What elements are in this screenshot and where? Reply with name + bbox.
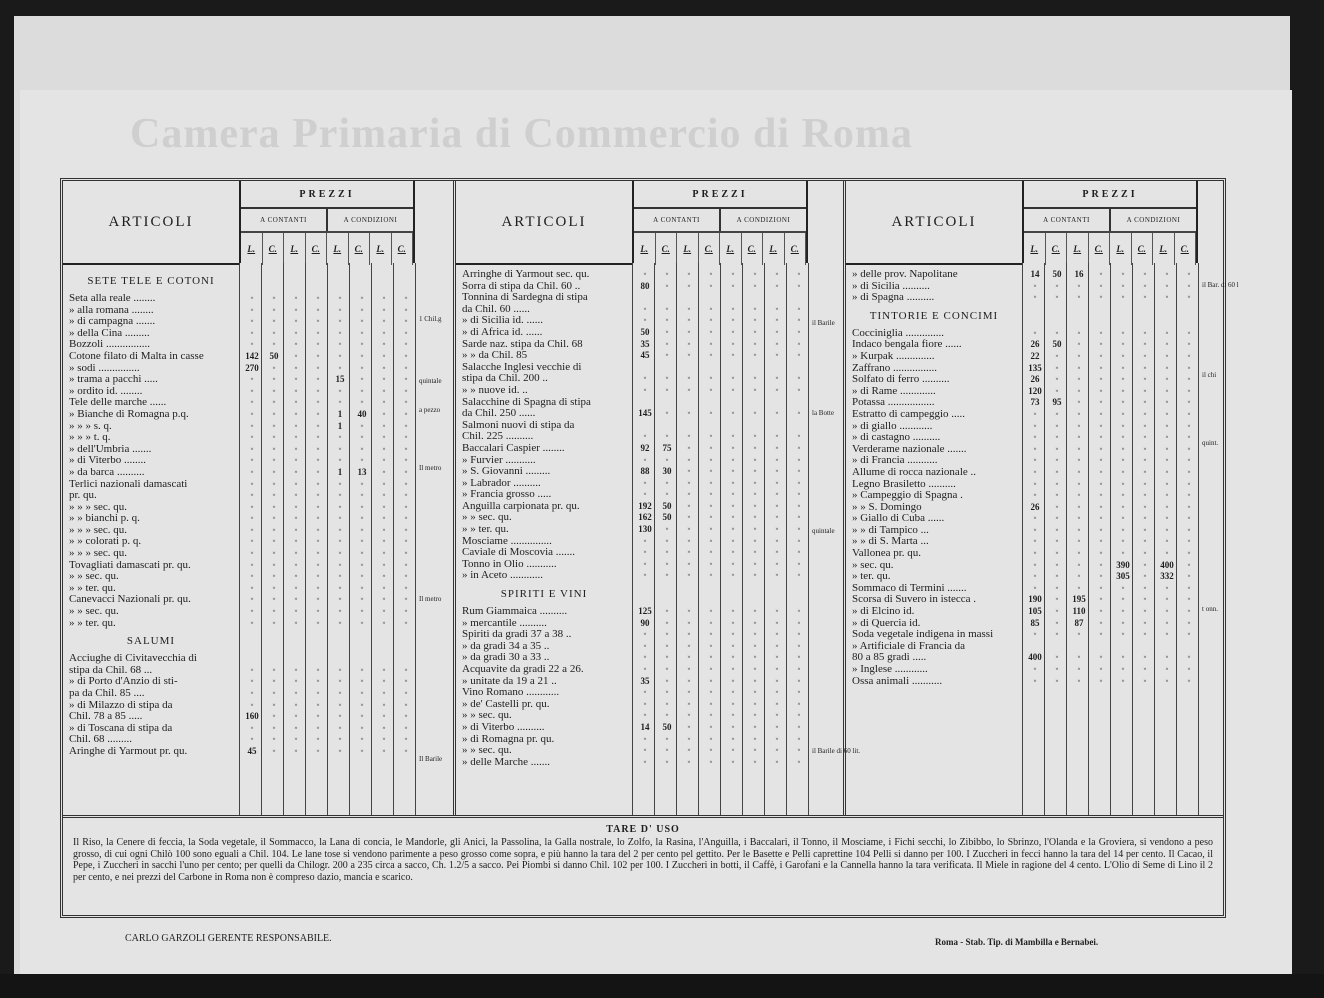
unit-label: t onn. xyxy=(1202,605,1218,613)
price-cell: » xyxy=(373,560,395,572)
price-cell: » xyxy=(1068,467,1090,479)
table-row: » in Aceto ............»»»»»»»» xyxy=(456,570,843,582)
price-cell: » xyxy=(1134,606,1156,618)
price-cell: » xyxy=(700,489,722,501)
table-row: Indaco bengala fiore ......2650»»»»»» xyxy=(846,339,1223,351)
price-cell: 50 xyxy=(634,327,656,339)
price-cell: » xyxy=(700,327,722,339)
price-cell: » xyxy=(263,455,285,467)
price-cell: » xyxy=(329,328,351,340)
price-cell xyxy=(285,653,307,665)
price-cell: 50 xyxy=(656,722,678,734)
price-cell: » xyxy=(1156,629,1178,641)
price-cell: » xyxy=(307,700,329,712)
price-cell: » xyxy=(1112,490,1134,502)
article-name: Tonnina di Sardegna di stipa xyxy=(456,292,634,304)
price-cell: » xyxy=(351,665,373,677)
article-name: » di castagno .......... xyxy=(846,432,1024,444)
price-cell: » xyxy=(1112,664,1134,676)
price-cell: » xyxy=(373,536,395,548)
table-row: Ossa animali ...........»»»»»»»» xyxy=(846,676,1223,688)
price-cell: » xyxy=(329,711,351,723)
price-cell: » xyxy=(351,386,373,398)
a-condizioni-label: A CONDIZIONI xyxy=(721,209,806,231)
price-cell: » xyxy=(395,444,417,456)
table-row: » » di S. Marta ...»»»»»»»» xyxy=(846,536,1223,548)
table-row: Tonno in Olio ...........»»»»»»»» xyxy=(456,559,843,571)
table-row: Tele delle marche ......»»»»»»»» xyxy=(63,397,453,409)
table-row: » » » s. q.»»»»1»»» xyxy=(63,421,453,433)
price-cell: » xyxy=(678,722,700,734)
lire-centesimi-header: L.C.L.C.L.C.L.C. xyxy=(241,233,413,265)
price-cell: » xyxy=(744,536,766,548)
price-cell: 195 xyxy=(1068,594,1090,606)
currency-unit-label: L. xyxy=(370,233,392,265)
table-row: » S. Giovanni .........8830»»»»»» xyxy=(456,466,843,478)
price-cell: » xyxy=(678,281,700,293)
price-cell: » xyxy=(1178,386,1200,398)
price-cell: » xyxy=(1112,525,1134,537)
price-cell: » xyxy=(1068,444,1090,456)
price-cell: » xyxy=(241,723,263,735)
price-cell: » xyxy=(744,547,766,559)
price-cell: » xyxy=(373,723,395,735)
price-cell: » xyxy=(329,316,351,328)
article-name: 80 a 85 gradi ..... xyxy=(846,652,1024,664)
price-cell: » xyxy=(744,745,766,757)
price-cell: 35 xyxy=(634,339,656,351)
price-cell: » xyxy=(700,385,722,397)
article-name: » ordito id. ........ xyxy=(63,386,241,398)
price-cell: » xyxy=(241,479,263,491)
price-cell: » xyxy=(744,466,766,478)
price-cell: » xyxy=(329,571,351,583)
price-cell: » xyxy=(656,570,678,582)
price-cell: » xyxy=(395,711,417,723)
articoli-header: ARTICOLI xyxy=(63,181,239,265)
price-cell: » xyxy=(634,489,656,501)
price-cell: » xyxy=(1046,560,1068,572)
article-name: » di Elcino id. xyxy=(846,606,1024,618)
price-cell: » xyxy=(722,385,744,397)
price-cell: » xyxy=(351,316,373,328)
table-row: » delle Marche .......»»»»»»»» xyxy=(456,757,843,769)
price-cell: » xyxy=(1112,583,1134,595)
price-cell: » xyxy=(656,408,678,420)
table-row: » dell'Umbria .......»»»»»»»» xyxy=(63,444,453,456)
price-cell: » xyxy=(351,339,373,351)
price-cell: » xyxy=(700,570,722,582)
price-cell: » xyxy=(373,502,395,514)
price-cell: » xyxy=(788,710,810,722)
price-cell: » xyxy=(1090,594,1112,606)
table-row: Baccalari Caspier ........9275»»»»»» xyxy=(456,443,843,455)
table-row: Sarde naz. stipa da Chil. 6835»»»»»»» xyxy=(456,339,843,351)
price-cell: » xyxy=(722,559,744,571)
price-cell: » xyxy=(766,350,788,362)
price-cell: » xyxy=(656,687,678,699)
article-name: » di Francia ........... xyxy=(846,455,1024,467)
price-cell: » xyxy=(395,700,417,712)
price-cell: » xyxy=(351,676,373,688)
price-cell: » xyxy=(263,397,285,409)
article-name: » di Milazzo di stipa da xyxy=(63,700,241,712)
price-cell: » xyxy=(722,652,744,664)
price-cell: » xyxy=(788,547,810,559)
price-cell: » xyxy=(1090,513,1112,525)
price-cell: » xyxy=(329,293,351,305)
price-cell: » xyxy=(1178,618,1200,630)
price-cell: » xyxy=(1090,502,1112,514)
table-row: » di campagna .......»»»»»»»» xyxy=(63,316,453,328)
price-cell: » xyxy=(395,328,417,340)
price-cell: » xyxy=(656,629,678,641)
article-name: » di Sicilia id. ...... xyxy=(456,315,634,327)
price-cell: » xyxy=(634,385,656,397)
price-cell: » xyxy=(766,570,788,582)
price-cell: » xyxy=(678,315,700,327)
price-cell: » xyxy=(263,746,285,758)
price-cell: » xyxy=(1156,618,1178,630)
price-cell: » xyxy=(788,606,810,618)
article-name: » trama a pacchi ..... xyxy=(63,374,241,386)
price-cell xyxy=(788,397,810,409)
price-cell: » xyxy=(700,734,722,746)
price-cell: » xyxy=(1156,583,1178,595)
price-cell: » xyxy=(1112,513,1134,525)
price-cell: » xyxy=(788,443,810,455)
article-name: » » sec. qu. xyxy=(456,710,634,722)
table-row: Allume di rocca nazionale ..»»»»»»»» xyxy=(846,467,1223,479)
price-cell: » xyxy=(1178,479,1200,491)
table-row: » sodi ...............270»»»»»»» xyxy=(63,363,453,375)
price-cell: » xyxy=(373,606,395,618)
price-cell: » xyxy=(788,757,810,769)
price-cell: » xyxy=(722,524,744,536)
price-cell: » xyxy=(744,327,766,339)
price-cell: » xyxy=(395,734,417,746)
footer-printer: Roma - Stab. Tip. di Mambilla e Bernabei… xyxy=(935,937,1098,947)
table-row: » Bianche di Romagna p.q.»»»»140»» xyxy=(63,409,453,421)
price-cell: » xyxy=(678,524,700,536)
price-cell: » xyxy=(285,328,307,340)
price-cell: » xyxy=(1134,664,1156,676)
table-row: pa da Chil. 85 ....»»»»»»»» xyxy=(63,688,453,700)
price-cell: » xyxy=(656,524,678,536)
price-cell: » xyxy=(395,723,417,735)
price-cell xyxy=(1156,641,1178,653)
price-cell: » xyxy=(1178,455,1200,467)
articoli-header: ARTICOLI xyxy=(846,181,1022,265)
table-row: » alla romana ........»»»»»»»» xyxy=(63,305,453,317)
currency-unit-label: C. xyxy=(1046,233,1068,265)
price-cell: » xyxy=(678,489,700,501)
price-cell: » xyxy=(700,641,722,653)
price-cell: » xyxy=(1134,281,1156,293)
price-cell: » xyxy=(351,734,373,746)
price-cell: » xyxy=(634,664,656,676)
price-cell: » xyxy=(395,502,417,514)
price-cell: » xyxy=(1024,536,1046,548)
price-cell: » xyxy=(1178,339,1200,351)
price-cell: » xyxy=(788,687,810,699)
price-cell: » xyxy=(263,444,285,456)
price-cell xyxy=(766,420,788,432)
currency-unit-label: L. xyxy=(327,233,349,265)
price-cell: » xyxy=(634,315,656,327)
price-cell: » xyxy=(395,560,417,572)
price-cell: » xyxy=(395,363,417,375)
price-cell: » xyxy=(656,734,678,746)
article-name: Verderame nazionale ....... xyxy=(846,444,1024,456)
price-cell: » xyxy=(1090,397,1112,409)
price-cell: » xyxy=(1178,502,1200,514)
price-cell xyxy=(766,397,788,409)
price-cell: » xyxy=(373,467,395,479)
price-cell: » xyxy=(1178,548,1200,560)
table-row: » » bianchi p. q.»»»»»»»» xyxy=(63,513,453,525)
price-cell: » xyxy=(766,536,788,548)
price-cell: » xyxy=(285,316,307,328)
price-cell: » xyxy=(700,722,722,734)
price-cell: » xyxy=(788,536,810,548)
price-cell: » xyxy=(744,408,766,420)
unit-label: il Barile xyxy=(812,319,835,327)
price-cell: » xyxy=(241,571,263,583)
article-name: » » » sec. qu. xyxy=(63,525,241,537)
price-cell: » xyxy=(1024,432,1046,444)
price-cell: » xyxy=(766,281,788,293)
price-cell: » xyxy=(395,548,417,560)
price-cell: » xyxy=(307,618,329,630)
price-cell: » xyxy=(1178,328,1200,340)
price-cell: 35 xyxy=(634,676,656,688)
price-cell: » xyxy=(373,386,395,398)
price-cell: » xyxy=(329,665,351,677)
price-rows: Arringhe di Yarmout sec. qu.»»»»»»»»Sorr… xyxy=(456,269,843,768)
price-cell: » xyxy=(766,524,788,536)
article-name: » di Viterbo .......... xyxy=(456,722,634,734)
price-cell: » xyxy=(351,536,373,548)
article-name: » di Sicilia .......... xyxy=(846,281,1024,293)
price-cell: » xyxy=(744,524,766,536)
price-cell: » xyxy=(329,676,351,688)
price-cell: » xyxy=(395,594,417,606)
price-cell: » xyxy=(1068,571,1090,583)
article-name: » » da Chil. 85 xyxy=(456,350,634,362)
price-cell: » xyxy=(744,489,766,501)
table-row: stipa da Chil. 200 ..»»»»»»»» xyxy=(456,373,843,385)
price-cell: » xyxy=(1134,525,1156,537)
section-heading: SETE TELE E COTONI xyxy=(63,269,239,293)
price-cell: » xyxy=(1134,490,1156,502)
price-cell: » xyxy=(1134,536,1156,548)
article-name: Chil. 78 a 85 ..... xyxy=(63,711,241,723)
price-cell: » xyxy=(1156,548,1178,560)
article-name: » alla romana ........ xyxy=(63,305,241,317)
price-cell: » xyxy=(1178,664,1200,676)
price-table-frame: ARTICOLIPREZZIA CONTANTIA CONDIZIONIL.C.… xyxy=(60,178,1226,918)
price-cell: » xyxy=(700,269,722,281)
article-name: Potassa ................. xyxy=(846,397,1024,409)
price-cell: » xyxy=(1156,292,1178,304)
price-cell: » xyxy=(722,304,744,316)
article-name: Scorsa di Suvero in istecca . xyxy=(846,594,1024,606)
table-row: Chil. 78 a 85 .....160»»»»»»» xyxy=(63,711,453,723)
table-row: » da gradi 30 a 33 ..»»»»»»»» xyxy=(456,652,843,664)
article-name: stipa da Chil. 200 .. xyxy=(456,373,634,385)
article-name: Solfato di ferro .......... xyxy=(846,374,1024,386)
price-cell: » xyxy=(1134,328,1156,340)
price-cell: » xyxy=(1024,525,1046,537)
price-cell: » xyxy=(1090,409,1112,421)
price-cell: » xyxy=(1046,421,1068,433)
price-cell: » xyxy=(1178,269,1200,281)
currency-unit-label: C. xyxy=(306,233,328,265)
price-cell: » xyxy=(373,432,395,444)
price-cell: » xyxy=(1112,292,1134,304)
article-name: Tele delle marche ...... xyxy=(63,397,241,409)
price-cell: » xyxy=(678,373,700,385)
price-cell: » xyxy=(744,431,766,443)
price-cell: » xyxy=(700,315,722,327)
price-cell: » xyxy=(1046,513,1068,525)
price-cell: » xyxy=(351,571,373,583)
price-cell: » xyxy=(788,431,810,443)
price-cell: » xyxy=(395,339,417,351)
price-cell: » xyxy=(656,269,678,281)
unit-label: il Bar. di 60 l xyxy=(1202,281,1239,289)
unit-label: quintale xyxy=(812,527,835,535)
price-cell: » xyxy=(263,328,285,340)
article-name: » S. Giovanni ......... xyxy=(456,466,634,478)
price-cell: » xyxy=(1178,432,1200,444)
price-cell: 45 xyxy=(634,350,656,362)
price-cell: » xyxy=(700,699,722,711)
price-cell: » xyxy=(307,665,329,677)
price-cell: » xyxy=(1112,618,1134,630)
price-cell: » xyxy=(263,339,285,351)
table-row: Potassa .................7395»»»»»» xyxy=(846,397,1223,409)
price-cell: » xyxy=(700,676,722,688)
unit-label: quintale xyxy=(419,377,442,385)
price-cell: 400 xyxy=(1156,560,1178,572)
price-cell: » xyxy=(263,734,285,746)
price-cell: » xyxy=(722,512,744,524)
price-cell: » xyxy=(1156,339,1178,351)
price-cell: » xyxy=(1090,432,1112,444)
article-name: » Furvier ........... xyxy=(456,455,634,467)
price-cell: » xyxy=(285,490,307,502)
currency-unit-label: C. xyxy=(263,233,285,265)
price-cell: 50 xyxy=(1046,339,1068,351)
unit-label: il chi xyxy=(1202,371,1216,379)
table-row: » da barca ..........»»»»113»» xyxy=(63,467,453,479)
price-cell: » xyxy=(634,373,656,385)
price-cell: » xyxy=(1068,351,1090,363)
price-cell: » xyxy=(307,594,329,606)
price-cell: » xyxy=(373,746,395,758)
price-cell: » xyxy=(241,397,263,409)
price-cell: » xyxy=(1046,618,1068,630)
price-cell: » xyxy=(700,687,722,699)
article-name: » » di S. Marta ... xyxy=(846,536,1024,548)
price-cell: » xyxy=(722,408,744,420)
article-name: » » bianchi p. q. xyxy=(63,513,241,525)
price-cell: » xyxy=(1090,525,1112,537)
price-cell: » xyxy=(329,444,351,456)
currency-unit-label: C. xyxy=(1175,233,1197,265)
currency-unit-label: C. xyxy=(392,233,414,265)
price-cell: » xyxy=(241,513,263,525)
price-cell: » xyxy=(1112,455,1134,467)
price-cell: 26 xyxy=(1024,502,1046,514)
price-cell: » xyxy=(1068,560,1090,572)
table-row: pr. qu.»»»»»»»» xyxy=(63,490,453,502)
price-cell: » xyxy=(351,374,373,386)
price-cell: » xyxy=(351,479,373,491)
price-cell: » xyxy=(263,536,285,548)
price-cell xyxy=(678,397,700,409)
price-cell: » xyxy=(722,734,744,746)
table-row: » Labrador ..........»»»»»»»» xyxy=(456,478,843,490)
price-cell xyxy=(656,292,678,304)
table-row: Terlici nazionali damascati»»»»»»»» xyxy=(63,479,453,491)
article-name: » sec. qu. xyxy=(846,560,1024,572)
price-cell: » xyxy=(700,478,722,490)
price-cell: » xyxy=(307,363,329,375)
price-cell: » xyxy=(351,746,373,758)
price-cell: » xyxy=(766,478,788,490)
table-row: » » ter. qu.»»»»»»»» xyxy=(63,618,453,630)
price-cell: » xyxy=(700,559,722,571)
price-cell: » xyxy=(329,618,351,630)
price-cell: » xyxy=(1112,467,1134,479)
price-cell: » xyxy=(395,432,417,444)
price-cell: » xyxy=(1046,455,1068,467)
price-cell: » xyxy=(744,710,766,722)
price-cell xyxy=(788,362,810,374)
price-cell: » xyxy=(307,351,329,363)
table-row: Anguilla carpionata pr. qu.19250»»»»»» xyxy=(456,501,843,513)
article-name: » di Porto d'Anzio di sti- xyxy=(63,676,241,688)
price-cell: » xyxy=(1024,560,1046,572)
price-cell: » xyxy=(700,373,722,385)
price-cell: » xyxy=(395,618,417,630)
table-row: Cotone filato di Malta in casse14250»»»»… xyxy=(63,351,453,363)
price-cell: » xyxy=(285,339,307,351)
price-cell: » xyxy=(1112,269,1134,281)
table-row: Vino Romano ............»»»»»»»» xyxy=(456,687,843,699)
article-name: » » » t. q. xyxy=(63,432,241,444)
price-cell: » xyxy=(1024,455,1046,467)
price-cell: » xyxy=(1156,432,1178,444)
price-cell: » xyxy=(766,385,788,397)
price-cell: » xyxy=(395,479,417,491)
price-cell: » xyxy=(744,618,766,630)
price-cell: » xyxy=(373,444,395,456)
price-cell: » xyxy=(1112,374,1134,386)
table-row: » » » sec. qu.»»»»»»»» xyxy=(63,525,453,537)
price-cell: » xyxy=(1068,490,1090,502)
price-cell: » xyxy=(307,583,329,595)
price-cell: » xyxy=(1090,467,1112,479)
price-cell: » xyxy=(285,676,307,688)
price-cell: » xyxy=(395,351,417,363)
table-row: » » di Tampico ...»»»»»»»» xyxy=(846,525,1223,537)
price-cell: » xyxy=(351,351,373,363)
article-name: » » nuove id. .. xyxy=(456,385,634,397)
